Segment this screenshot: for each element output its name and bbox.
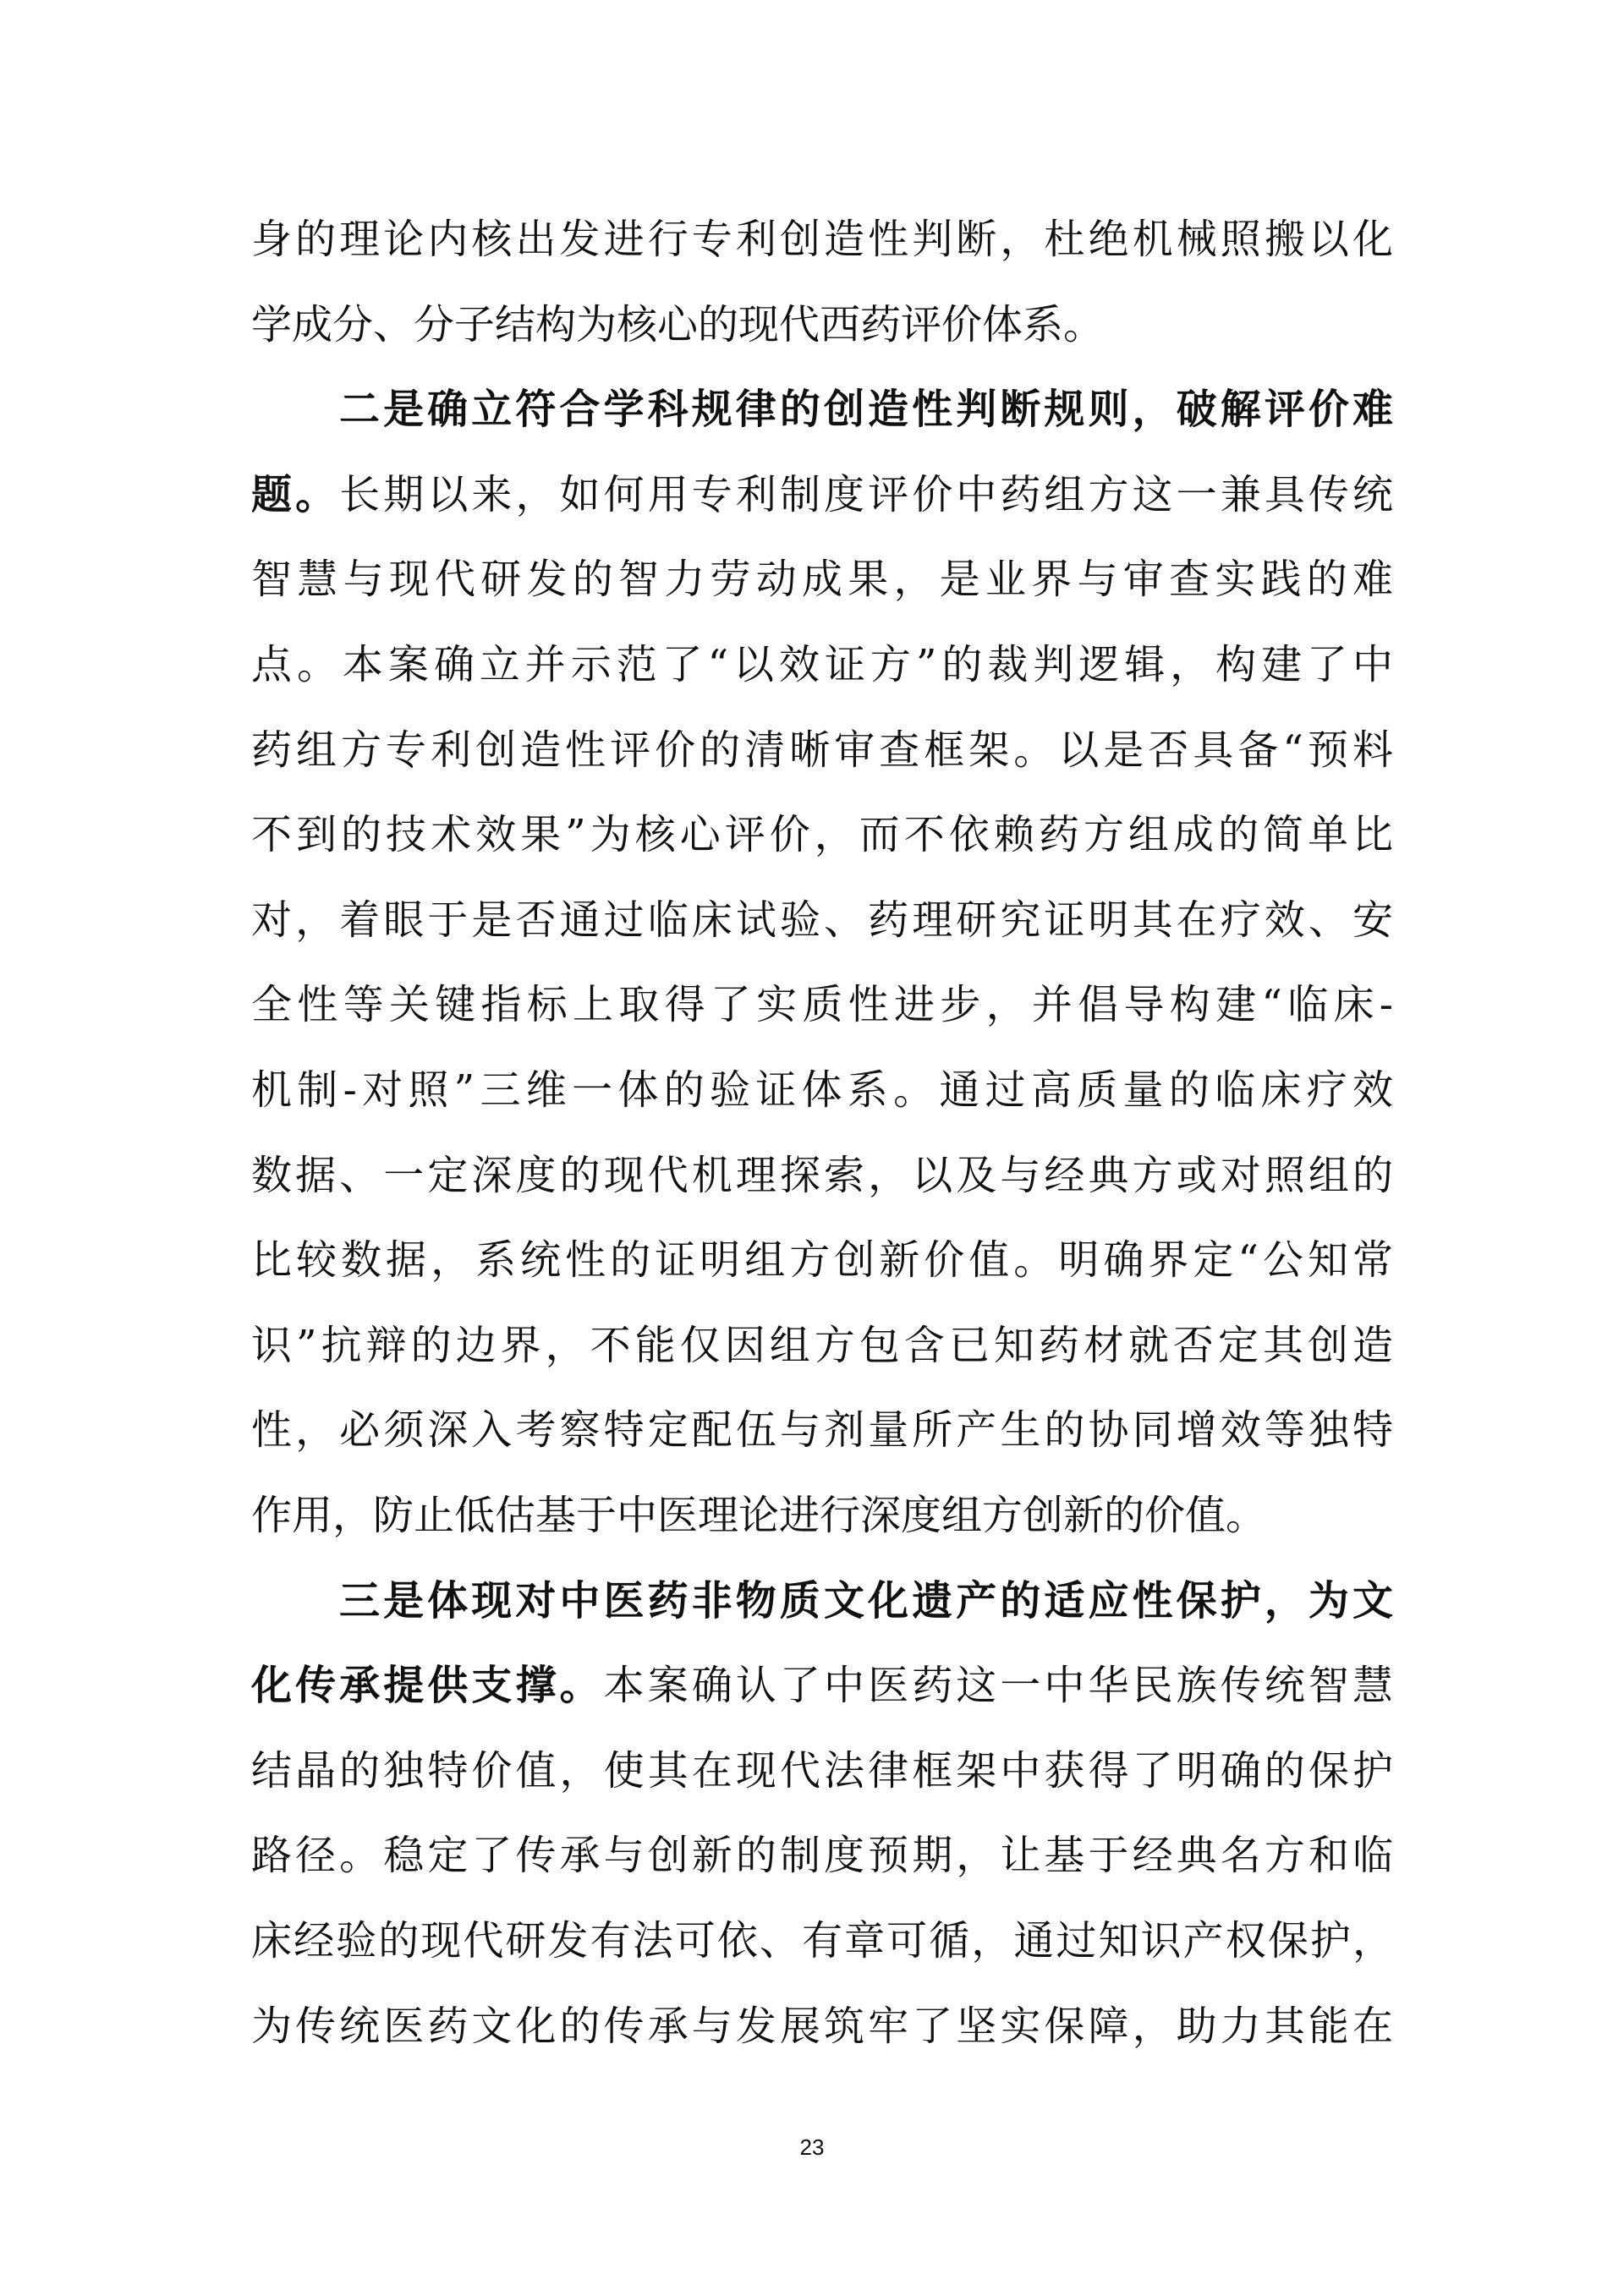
text-segment: 长期以来，如何用专利制度评价中药组方这一兼具传统 — [339, 471, 1393, 518]
text-line: 机制-对照”三维一体的验证体系。通过高质量的临床疗效 — [251, 1065, 1393, 1115]
text-line: 化传承提供支撑。本案确认了中医药这一中华民族传统智慧 — [251, 1660, 1393, 1711]
text-line: 对，着眼于是否通过临床试验、药理研究证明其在疗效、安 — [251, 895, 1393, 945]
text-line: 全性等关键指标上取得了实质性进步，并倡导构建“临床- — [251, 979, 1393, 1030]
text-line: 路径。稳定了传承与创新的制度预期，让基于经典名方和临 — [251, 1830, 1393, 1881]
text-segment: 床经验的现代研发有法可依、有章可循，通过知识产权保护， — [251, 1917, 1393, 1964]
text-segment: 机制-对照”三维一体的验证体系。通过高质量的临床疗效 — [251, 1066, 1393, 1114]
text-line: 二是确立符合学科规律的创造性判断规则，破解评价难 — [251, 384, 1393, 435]
text-line: 识”抗辩的边界，不能仅因组方包含已知药材就否定其创造 — [251, 1320, 1393, 1371]
text-segment: 路径。稳定了传承与创新的制度预期，让基于经典名方和临 — [251, 1832, 1393, 1879]
text-segment: 结晶的独特价值，使其在现代法律框架中获得了明确的保护 — [251, 1747, 1393, 1795]
text-line: 性，必须深入考察特定配伍与剂量所产生的协同增效等独特 — [251, 1405, 1393, 1455]
text-line: 智慧与现代研发的智力劳动成果，是业界与审查实践的难 — [251, 554, 1393, 605]
text-segment: 作用，防止低估基于中医理论进行深度组方创新的价值。 — [251, 1492, 1266, 1539]
bold-lead-sentence: 化传承提供支撑。 — [251, 1662, 604, 1709]
text-segment: 学成分、分子结构为核心的现代西药评价体系。 — [251, 301, 1104, 348]
text-line: 为传统医药文化的传承与发展筑牢了坚实保障，助力其能在 — [251, 2001, 1393, 2052]
text-line: 数据、一定深度的现代机理探索，以及与经典方或对照组的 — [251, 1150, 1393, 1201]
document-page: 身的理论内核出发进行专利创造性判断，杜绝机械照搬以化学成分、分子结构为核心的现代… — [0, 0, 1624, 2296]
text-segment: 性，必须深入考察特定配伍与剂量所产生的协同增效等独特 — [251, 1406, 1393, 1454]
text-line: 药组方专利创造性评价的清晰审查框架。以是否具备“预料 — [251, 725, 1393, 775]
text-segment: 为传统医药文化的传承与发展筑牢了坚实保障，助力其能在 — [251, 2003, 1393, 2050]
text-line: 不到的技术效果”为核心评价，而不依赖药方组成的简单比 — [251, 809, 1393, 860]
text-segment: 对，着眼于是否通过临床试验、药理研究证明其在疗效、安 — [251, 896, 1393, 944]
text-line: 身的理论内核出发进行专利创造性判断，杜绝机械照搬以化 — [251, 214, 1393, 265]
bold-lead-sentence: 三是体现对中医药非物质文化遗产的适应性保护，为文 — [339, 1577, 1393, 1625]
text-line: 点。本案确立并示范了“以效证方”的裁判逻辑，构建了中 — [251, 639, 1393, 690]
text-segment: 数据、一定深度的现代机理探索，以及与经典方或对照组的 — [251, 1152, 1393, 1199]
text-line: 床经验的现代研发有法可依、有章可循，通过知识产权保护， — [251, 1915, 1393, 1966]
text-line: 三是体现对中医药非物质文化遗产的适应性保护，为文 — [251, 1575, 1393, 1626]
text-line: 作用，防止低估基于中医理论进行深度组方创新的价值。 — [251, 1490, 1393, 1541]
bold-lead-sentence: 二是确立符合学科规律的创造性判断规则，破解评价难 — [339, 386, 1393, 433]
text-line: 比较数据，系统性的证明组方创新价值。明确界定“公知常 — [251, 1235, 1393, 1285]
text-segment: 本案确认了中医药这一中华民族传统智慧 — [604, 1662, 1393, 1709]
text-segment: 全性等关键指标上取得了实质性进步，并倡导构建“临床- — [251, 981, 1393, 1028]
text-segment: 点。本案确立并示范了“以效证方”的裁判逻辑，构建了中 — [251, 641, 1393, 688]
text-line: 结晶的独特价值，使其在现代法律框架中获得了明确的保护 — [251, 1745, 1393, 1796]
text-segment: 不到的技术效果”为核心评价，而不依赖药方组成的简单比 — [251, 811, 1393, 858]
text-segment: 药组方专利创造性评价的清晰审查框架。以是否具备“预料 — [251, 726, 1393, 774]
text-segment: 识”抗辩的边界，不能仅因组方包含已知药材就否定其创造 — [251, 1322, 1393, 1369]
text-segment: 比较数据，系统性的证明组方创新价值。明确界定“公知常 — [251, 1236, 1393, 1284]
text-segment: 身的理论内核出发进行专利创造性判断，杜绝机械照搬以化 — [251, 216, 1393, 263]
text-line: 题。长期以来，如何用专利制度评价中药组方这一兼具传统 — [251, 469, 1393, 520]
bold-lead-sentence: 题。 — [251, 471, 339, 518]
page-number: 23 — [0, 2134, 1624, 2161]
text-line: 学成分、分子结构为核心的现代西药评价体系。 — [251, 299, 1393, 350]
text-segment: 智慧与现代研发的智力劳动成果，是业界与审查实践的难 — [251, 556, 1393, 603]
